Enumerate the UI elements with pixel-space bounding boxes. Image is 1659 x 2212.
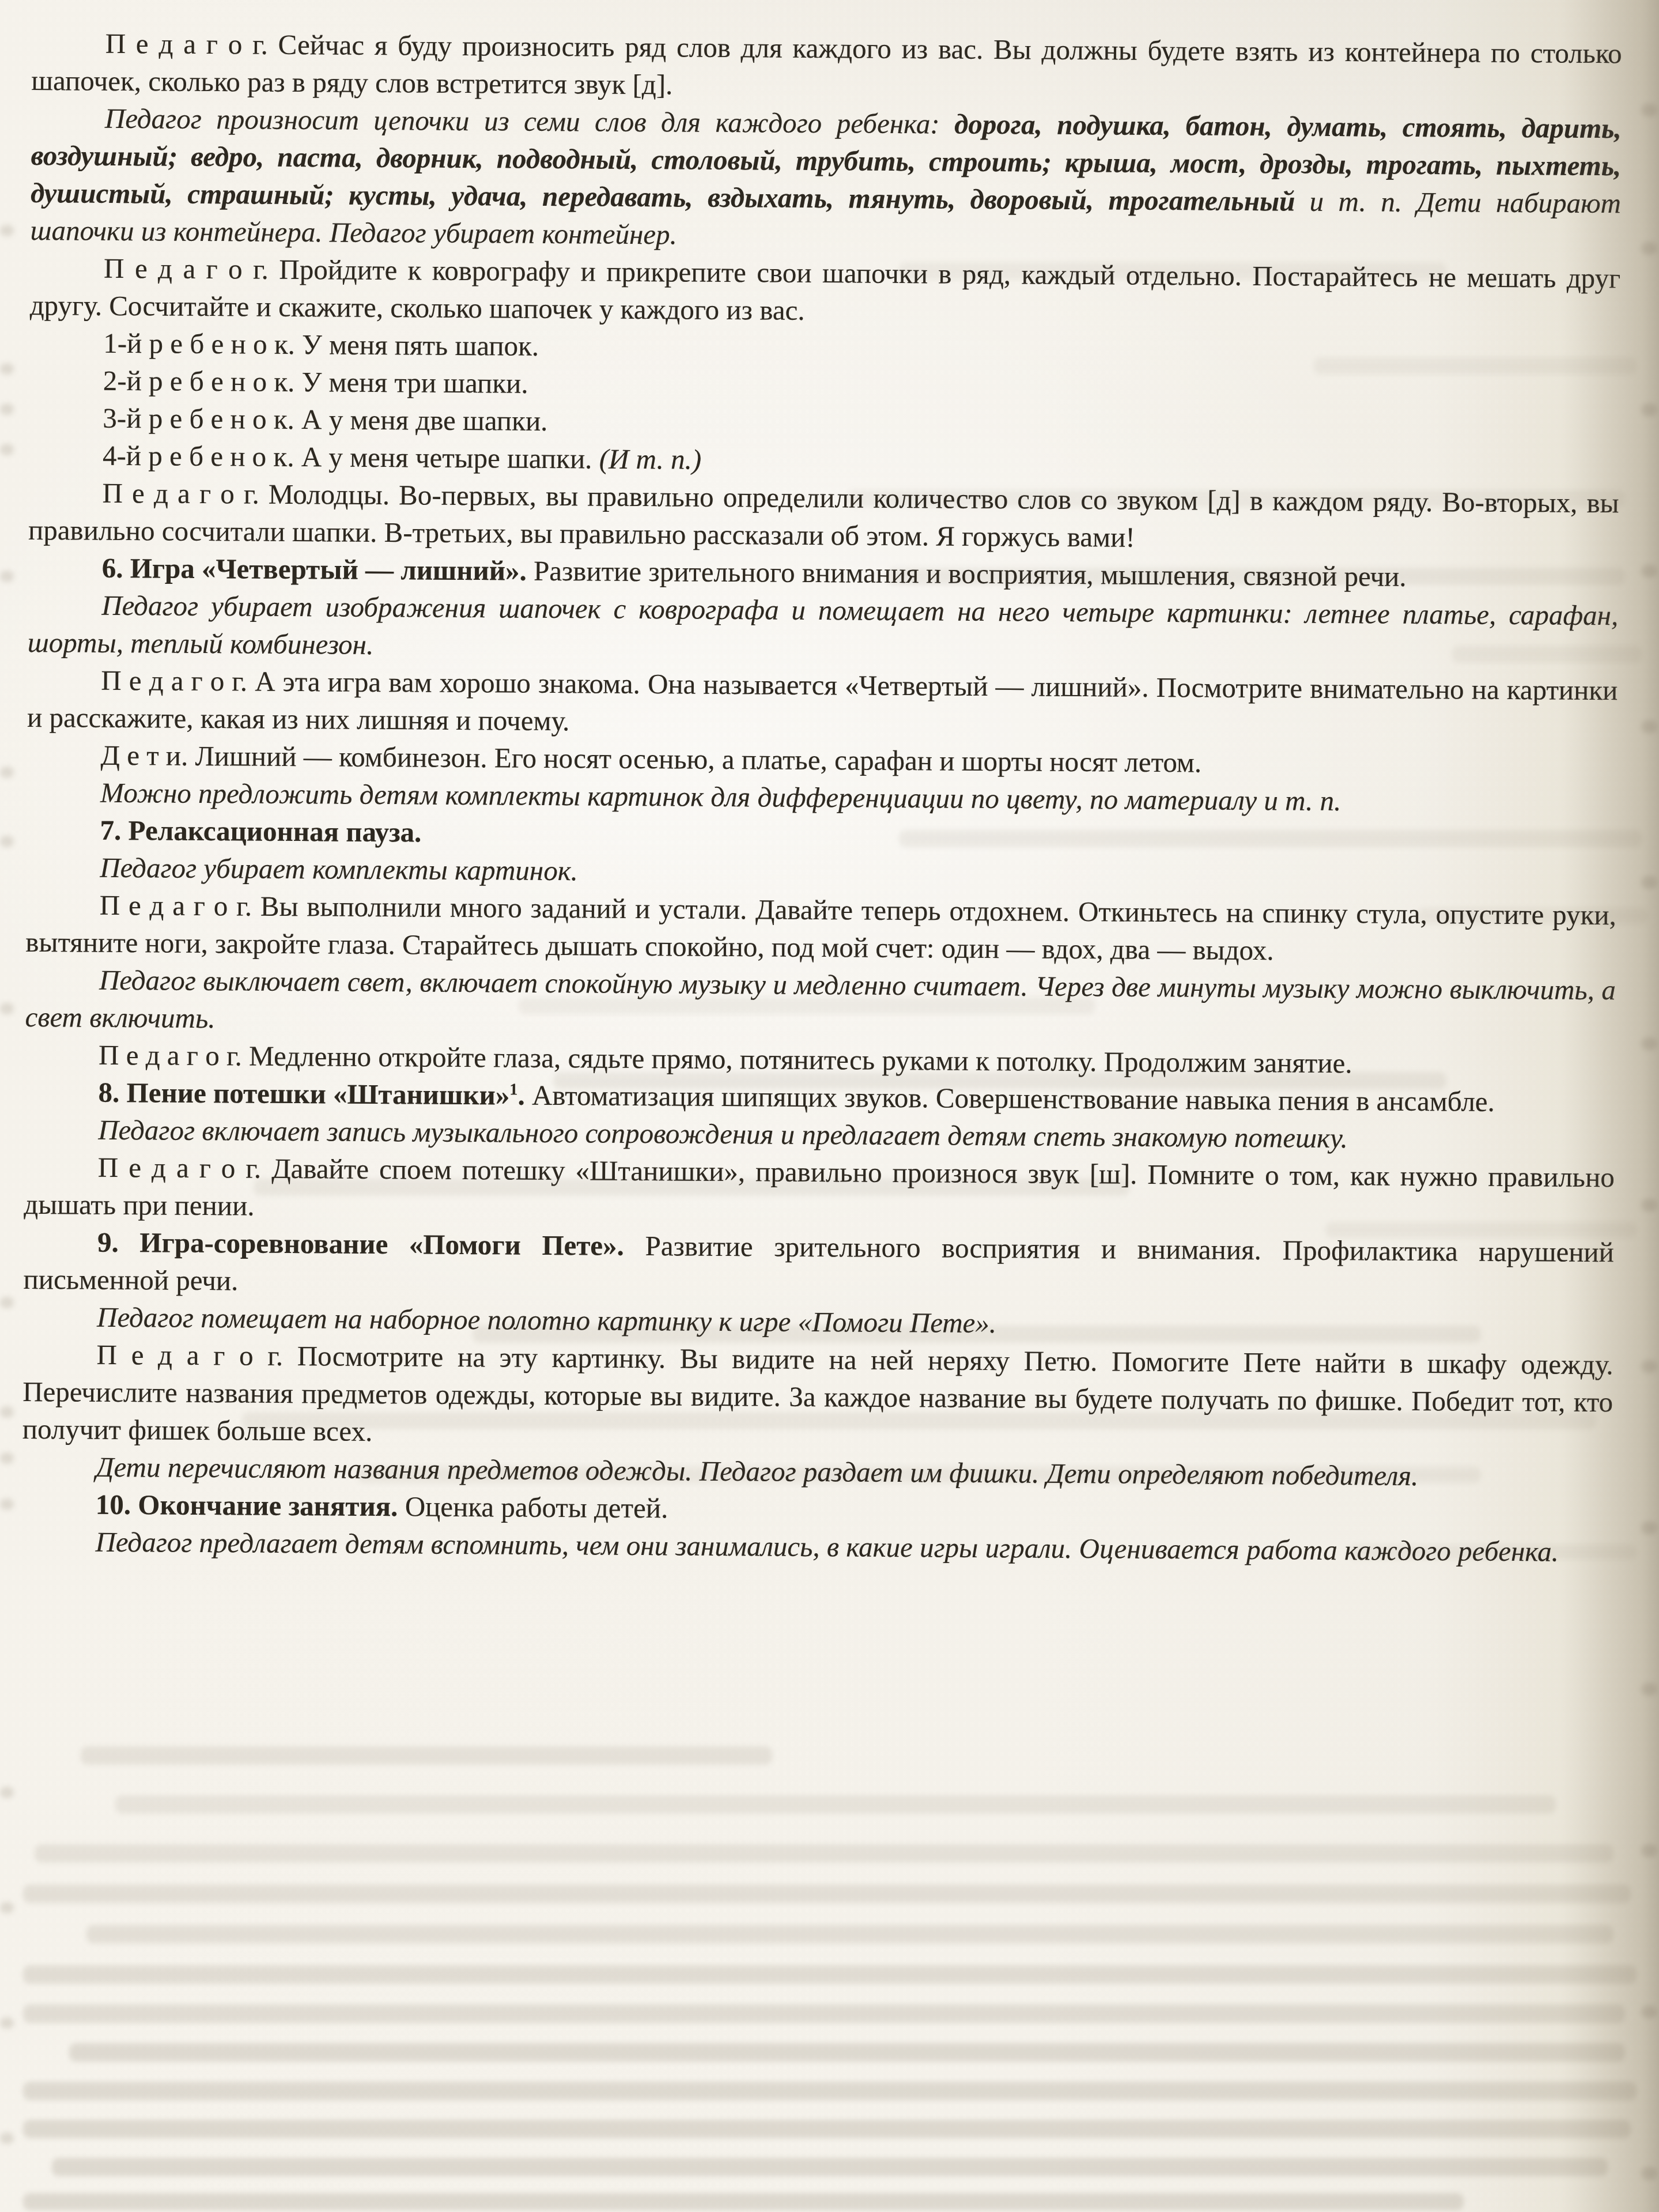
bleed-through-line [86, 1925, 1613, 1943]
text-segment-italic: Педагог убирает комплекты картинок. [100, 852, 578, 887]
bleed-through-line [0, 2132, 14, 2144]
text-segment-normal: Давайте споем потешку «Штанишки», правил… [24, 1153, 1615, 1222]
paragraph: П е д а г о г. Посмотрите на эту картинк… [22, 1335, 1613, 1458]
text-segment-normal: 3-й р е б е н о к. А у меня две шапки. [103, 402, 547, 437]
bleed-through-line [1641, 720, 1657, 733]
bleed-through-line [0, 571, 14, 582]
bleed-through-line [52, 2158, 1608, 2176]
bleed-through-line [1641, 1844, 1657, 1857]
bleed-through-line [0, 1297, 14, 1308]
bleed-through-line [1641, 403, 1657, 416]
bleed-through-line [0, 444, 14, 455]
paragraph: П е д а г о г. А эта игра вам хорошо зна… [27, 661, 1618, 746]
text-segment-header: 7. Релаксационная пауза. [100, 814, 422, 848]
bleed-through-line [0, 836, 14, 847]
text-segment-header: . [517, 1079, 525, 1111]
bleed-through-line [1641, 104, 1657, 116]
text-segment-speaker: П е д а г о г. [97, 1339, 284, 1372]
text-segment-normal: Молодцы. Во-первых, вы правильно определ… [28, 478, 1619, 553]
text-segment-normal: Автоматизация шипящих звуков. Совершенст… [525, 1079, 1495, 1118]
bleed-through-line [23, 2193, 1464, 2210]
bleed-through-line [0, 2017, 14, 2029]
bleed-through-line [0, 1406, 14, 1418]
text-segment-sup: 1 [509, 1081, 517, 1099]
paragraph: 9. Игра-соревнование «Помоги Пете». Разв… [23, 1223, 1614, 1308]
bleed-through-line [69, 2043, 1625, 2062]
text-segment-speaker: Д е т и. [100, 739, 188, 772]
bleed-through-line [1641, 1522, 1657, 1534]
text-segment-italic: Педагог предлагает детям вспомнить, чем … [95, 1526, 1559, 1568]
bleed-through-line [0, 403, 14, 415]
bleed-through-line [1641, 1360, 1657, 1373]
text-segment-normal: 4-й р е б е н о к. А у меня четыре шапки… [103, 440, 599, 475]
paragraph: Педагог убирает изображения шапочек с ко… [28, 586, 1619, 671]
bleed-through-line [35, 1844, 1613, 1863]
text-segment-speaker: П е д а г о г. [102, 477, 259, 510]
bleed-through-line [1641, 1683, 1657, 1696]
text-segment-speaker: П е д а г о г. [104, 252, 269, 285]
text-segment-normal: Сейчас я буду произносить ряд слов для к… [31, 29, 1622, 101]
text-segment-normal: А эта игра вам хорошо знакома. Она назыв… [27, 666, 1618, 737]
text-segment-italic: Педагог помещает на наборное полотно кар… [97, 1301, 996, 1339]
text-segment-speaker: П е д а г о г. [98, 1152, 262, 1184]
bleed-through-line [1641, 2167, 1657, 2180]
text-segment-italic: (И т. п.) [599, 443, 702, 475]
paragraph: П е д а г о г. Давайте споем потешку «Шт… [24, 1148, 1615, 1233]
text-segment-italic: Педагог убирает изображения шапочек с ко… [28, 590, 1619, 660]
bleed-through-line [23, 2082, 1637, 2100]
text-segment-speaker: П е д а г о г. [100, 889, 252, 922]
page-text: П е д а г о г. Сейчас я буду произносить… [21, 24, 1622, 1571]
bleed-through-line [81, 1746, 772, 1765]
bleed-through-line [1641, 565, 1657, 577]
text-segment-italic: Педагог произносит цепочки из семи слов … [105, 103, 955, 140]
text-segment-speaker: П е д а г о г. [101, 665, 247, 697]
bleed-through-line [1641, 1199, 1657, 1211]
bleed-through-line [1641, 1037, 1657, 1050]
text-segment-normal: 1-й р е б е н о к. У меня пять шапок. [103, 327, 539, 362]
text-segment-italic: Педагог включает запись музыкального соп… [98, 1114, 1348, 1154]
paragraph: П е д а г о г. Пройдите к коврографу и п… [30, 249, 1621, 334]
text-segment-normal: Медленно откройте глаза, сядьте прямо, п… [242, 1040, 1352, 1079]
text-segment-italic: Можно предложить детям комплекты картино… [100, 777, 1341, 817]
bleed-through-line [0, 225, 14, 236]
text-segment-italic: Дети перечисляют названия предметов одеж… [96, 1451, 1418, 1492]
bleed-through-line [1641, 876, 1657, 889]
bleed-through-line [1641, 242, 1657, 255]
text-segment-header: 9. Игра-соревнование «Помоги Пете». [97, 1226, 624, 1262]
text-segment-speaker: П е д а г о г. [99, 1039, 242, 1072]
text-segment-italic: Педагог выключает свет, включает спокойн… [25, 964, 1616, 1034]
paragraph: П е д а г о г. Сейчас я буду произносить… [31, 24, 1622, 110]
bleed-through-line [0, 1003, 14, 1014]
text-segment-normal: 2-й р е б е н о к. У меня три шапки. [103, 365, 528, 399]
text-segment-normal: Развитие зрительного внимания и восприят… [527, 555, 1407, 592]
bleed-through-line [23, 1965, 1637, 1984]
text-segment-normal: Пройдите к коврографу и прикрепите свои … [30, 254, 1621, 326]
text-segment-normal: Вы выполнили много заданий и устали. Дав… [25, 890, 1616, 967]
bleed-through-line [0, 1452, 14, 1464]
bleed-through-line [23, 1885, 1631, 1903]
paragraph: П е д а г о г. Молодцы. Во-первых, вы пр… [28, 474, 1619, 559]
text-segment-header: 8. Пение потешки «Штанишки» [99, 1077, 510, 1111]
bleed-through-line [0, 363, 14, 375]
paragraph: Педагог произносит цепочки из семи слов … [30, 99, 1622, 259]
text-segment-speaker: П е д а г о г. [105, 28, 268, 61]
bleed-through-line [0, 1902, 14, 1913]
bleed-through-line [115, 1795, 1556, 1814]
bleed-through-line [0, 1498, 14, 1510]
text-segment-header: 6. Игра «Четвертый — лишний». [102, 552, 527, 587]
text-segment-normal: Оценка работы детей. [398, 1490, 668, 1524]
bleed-through-line [1641, 2006, 1657, 2018]
bleed-through-line [0, 767, 14, 778]
bleed-through-line [0, 1787, 14, 1798]
bleed-through-line [23, 2120, 1631, 2138]
bleed-through-line [23, 2005, 1625, 2023]
text-segment-header: 10. Окончание занятия. [96, 1489, 398, 1522]
paragraph: П е д а г о г. Вы выполнили много задани… [25, 886, 1616, 971]
paragraph: Педагог выключает свет, включает спокойн… [25, 961, 1616, 1046]
text-segment-normal: Лишний — комбинезон. Его носят осенью, а… [188, 740, 1201, 779]
